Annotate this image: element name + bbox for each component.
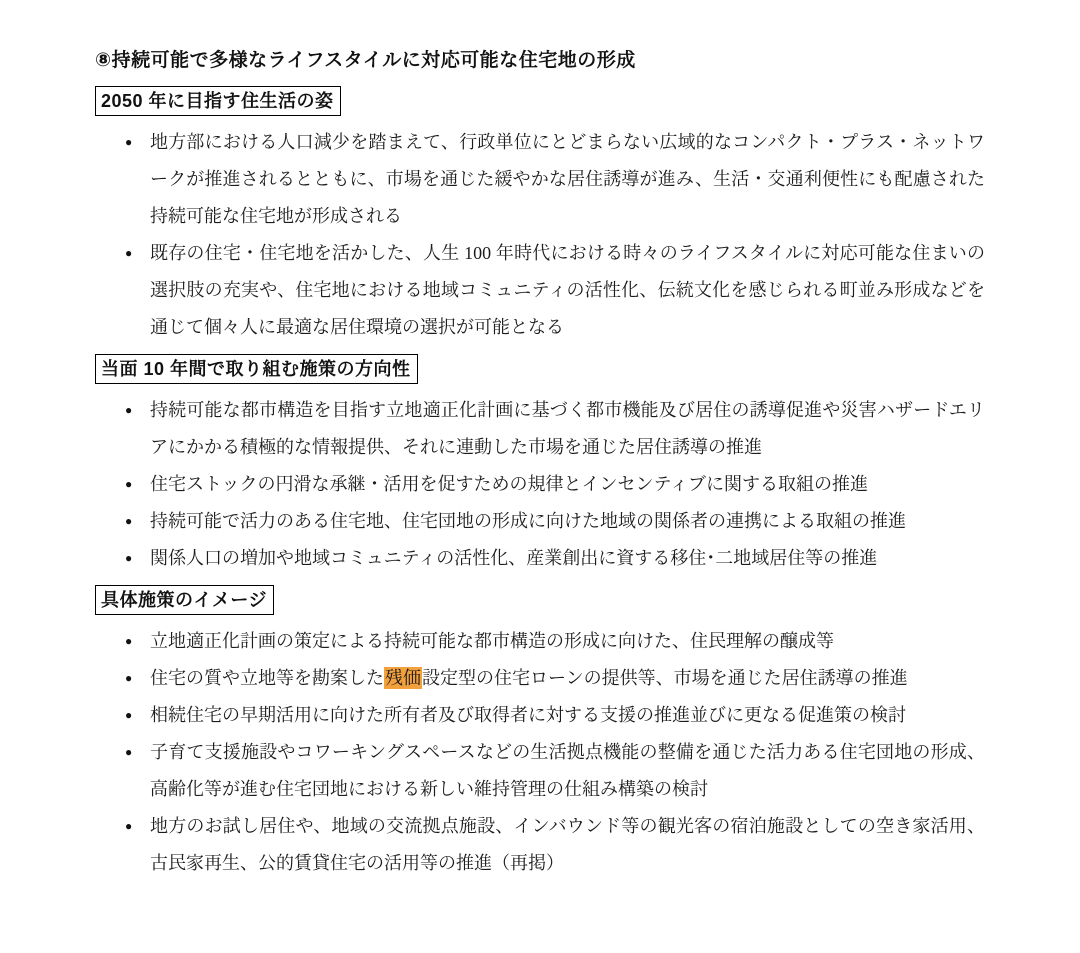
bullet-icon: ● (125, 392, 150, 429)
document-page: ⑧持続可能で多様なライフスタイルに対応可能な住宅地の形成 2050 年に目指す住… (0, 0, 1080, 953)
section-heading-policy-direction: 当面 10 年間で取り組む施策の方向性 (95, 354, 418, 384)
list-item: ● 立地適正化計画の策定による持続可能な都市構造の形成に向けた、住民理解の醸成等 (125, 623, 985, 660)
bullet-text: 持続可能な都市構造を目指す立地適正化計画に基づく都市機能及び居住の誘導促進や災害… (150, 392, 985, 466)
bullet-icon: ● (125, 623, 150, 660)
section-heading-2050-vision: 2050 年に目指す住生活の姿 (95, 86, 341, 116)
bullet-text: 関係人口の増加や地域コミュニティの活性化、産業創出に資する移住･二地域居住等の推… (150, 540, 985, 577)
page-title: ⑧持続可能で多様なライフスタイルに対応可能な住宅地の形成 (95, 46, 985, 76)
bullet-icon: ● (125, 540, 150, 577)
bullet-icon: ● (125, 466, 150, 503)
list-item: ● 住宅の質や立地等を勘案した残価設定型の住宅ローンの提供等、市場を通じた居住誘… (125, 660, 985, 697)
section-policy-direction: 当面 10 年間で取り組む施策の方向性 ● 持続可能な都市構造を目指す立地適正化… (95, 354, 985, 577)
bullet-list-concrete-measures: ● 立地適正化計画の策定による持続可能な都市構造の形成に向けた、住民理解の醸成等… (95, 623, 985, 882)
bullet-icon: ● (125, 124, 150, 161)
bullet-text: 地方のお試し居住や、地域の交流拠点施設、インバウンド等の観光客の宿泊施設としての… (150, 808, 985, 882)
section-2050-vision: 2050 年に目指す住生活の姿 ● 地方部における人口減少を踏まえて、行政単位に… (95, 86, 985, 346)
bullet-text: 既存の住宅・住宅地を活かした、人生 100 年時代における時々のライフスタイルに… (150, 235, 985, 346)
bullet-text: 住宅ストックの円滑な承継・活用を促すための規律とインセンティブに関する取組の推進 (150, 466, 985, 503)
bullet-text-pre: 住宅の質や立地等を勘案した (150, 668, 384, 688)
document-content: ⑧持続可能で多様なライフスタイルに対応可能な住宅地の形成 2050 年に目指す住… (0, 0, 1080, 882)
bullet-icon: ● (125, 808, 150, 845)
highlighted-term: 残価 (384, 667, 422, 689)
bullet-text: 相続住宅の早期活用に向けた所有者及び取得者に対する支援の推進並びに更なる促進策の… (150, 697, 985, 734)
bullet-text: 地方部における人口減少を踏まえて、行政単位にとどまらない広域的なコンパクト・プラ… (150, 124, 985, 235)
bullet-icon: ● (125, 503, 150, 540)
bullet-text-with-highlight: 住宅の質や立地等を勘案した残価設定型の住宅ローンの提供等、市場を通じた居住誘導の… (150, 660, 985, 697)
list-item: ● 持続可能で活力のある住宅地、住宅団地の形成に向けた地域の関係者の連携による取… (125, 503, 985, 540)
section-concrete-measures: 具体施策のイメージ ● 立地適正化計画の策定による持続可能な都市構造の形成に向け… (95, 585, 985, 882)
bullet-icon: ● (125, 235, 150, 272)
list-item: ● 地方のお試し居住や、地域の交流拠点施設、インバウンド等の観光客の宿泊施設とし… (125, 808, 985, 882)
list-item: ● 持続可能な都市構造を目指す立地適正化計画に基づく都市機能及び居住の誘導促進や… (125, 392, 985, 466)
list-item: ● 地方部における人口減少を踏まえて、行政単位にとどまらない広域的なコンパクト・… (125, 124, 985, 235)
bullet-text: 持続可能で活力のある住宅地、住宅団地の形成に向けた地域の関係者の連携による取組の… (150, 503, 985, 540)
bullet-list-policy-direction: ● 持続可能な都市構造を目指す立地適正化計画に基づく都市機能及び居住の誘導促進や… (95, 392, 985, 577)
bullet-icon: ● (125, 660, 150, 697)
list-item: ● 既存の住宅・住宅地を活かした、人生 100 年時代における時々のライフスタイ… (125, 235, 985, 346)
bullet-text: 立地適正化計画の策定による持続可能な都市構造の形成に向けた、住民理解の醸成等 (150, 623, 985, 660)
bullet-icon: ● (125, 734, 150, 771)
list-item: ● 関係人口の増加や地域コミュニティの活性化、産業創出に資する移住･二地域居住等… (125, 540, 985, 577)
bullet-text: 子育て支援施設やコワーキングスペースなどの生活拠点機能の整備を通じた活力ある住宅… (150, 734, 985, 808)
bullet-icon: ● (125, 697, 150, 734)
section-heading-concrete-measures: 具体施策のイメージ (95, 585, 274, 615)
list-item: ● 子育て支援施設やコワーキングスペースなどの生活拠点機能の整備を通じた活力ある… (125, 734, 985, 808)
list-item: ● 相続住宅の早期活用に向けた所有者及び取得者に対する支援の推進並びに更なる促進… (125, 697, 985, 734)
list-item: ● 住宅ストックの円滑な承継・活用を促すための規律とインセンティブに関する取組の… (125, 466, 985, 503)
bullet-list-2050-vision: ● 地方部における人口減少を踏まえて、行政単位にとどまらない広域的なコンパクト・… (95, 124, 985, 346)
bullet-text-post: 設定型の住宅ローンの提供等、市場を通じた居住誘導の推進 (422, 668, 908, 688)
